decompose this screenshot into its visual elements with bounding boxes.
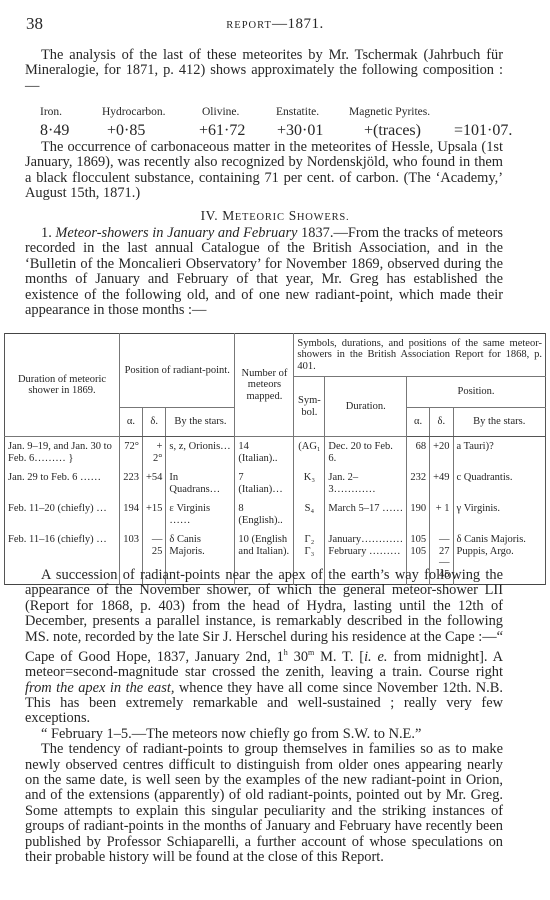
cell-number-mapped: 8 (English).. bbox=[235, 499, 294, 530]
paragraph-text: A succession of radiant-points near the … bbox=[25, 568, 503, 727]
ba-stars-1: δ Canis Majoris. bbox=[457, 534, 543, 546]
section-heading: IV. METEORIC SHOWERS. bbox=[0, 208, 550, 224]
paragraph-tschermak-analysis: The analysis of the last of these meteor… bbox=[25, 48, 503, 94]
cell-by-stars: s, z, Orionis… bbox=[166, 437, 235, 469]
cell-number-mapped: 14 (Italian).. bbox=[235, 437, 294, 469]
italic-title: Meteor-showers in January and February bbox=[55, 225, 297, 241]
cell-number-mapped: 7 (Italian)… bbox=[235, 468, 294, 499]
section-numeral: IV. bbox=[201, 208, 219, 223]
label-hydrocarbon: Hydrocarbon. bbox=[102, 106, 202, 122]
cell-ba-by-stars: a Tauri)? bbox=[453, 437, 546, 469]
meteor-shower-table: Duration of meteoric shower in 1869. Pos… bbox=[4, 333, 546, 585]
header-ba-duration: Duration. bbox=[325, 377, 407, 437]
composition-values: 8·49 +0·85 +61·72 +30·01 +(traces) =101·… bbox=[40, 122, 520, 140]
cell-duration: Jan. 29 to Feb. 6 …… bbox=[5, 468, 120, 499]
paragraph-herschel-note: A succession of radiant-points near the … bbox=[25, 568, 503, 866]
section-title-smallcaps-1: ETEORIC bbox=[235, 212, 285, 223]
label-olivine: Olivine. bbox=[202, 106, 276, 122]
cell-by-stars: In Quadrans… bbox=[166, 468, 235, 499]
cell-duration: Feb. 11–20 (chiefly) … bbox=[5, 499, 120, 530]
ba-delta-1: —27 bbox=[433, 534, 449, 557]
symbol-2: Γ₃ bbox=[297, 546, 321, 558]
section-title-smallcaps-2: HOWERS. bbox=[297, 212, 350, 223]
ba-duration-2: February ……… bbox=[328, 546, 403, 558]
header-position: Position of radiant-point. bbox=[120, 334, 235, 408]
running-title-year: —1871. bbox=[272, 16, 324, 32]
header-symbol: Sym-bol. bbox=[294, 377, 325, 437]
paragraph-carbonaceous-matter: The occurrence of carbonaceous matter in… bbox=[25, 140, 503, 202]
cell-ba-alpha: 68 bbox=[407, 437, 430, 469]
cell-delta: + 2° bbox=[143, 437, 166, 469]
paragraph-text: 1. Meteor-showers in January and Februar… bbox=[25, 226, 503, 318]
composition-table: Iron. Hydrocarbon. Olivine. Enstatite. M… bbox=[40, 106, 520, 140]
document-page: 38 REPORT—1871. The analysis of the last… bbox=[0, 0, 550, 900]
ba-duration-1: January………… bbox=[328, 534, 403, 546]
header-number-mapped: Number of meteors mapped. bbox=[235, 334, 294, 437]
ba-alpha-2: 105 bbox=[410, 546, 426, 558]
label-iron: Iron. bbox=[40, 106, 102, 122]
cell-symbol: (AG₁ bbox=[294, 437, 325, 469]
ba-stars-2: Puppis, Argo. bbox=[457, 546, 543, 558]
cell-ba-by-stars: c Quadrantis. bbox=[453, 468, 546, 499]
table-row: Jan. 9–19, and Jan. 30 to Feb. 6……… } 72… bbox=[5, 437, 546, 469]
paragraph-february-note: “ February 1–5.—The meteors now chiefly … bbox=[25, 727, 503, 742]
section-title-initial-2: S bbox=[289, 208, 297, 223]
value-iron: 8·49 bbox=[40, 122, 107, 140]
cell-ba-alpha: 190 bbox=[407, 499, 430, 530]
cell-by-stars: ε Virginis …… bbox=[166, 499, 235, 530]
paragraph-meteor-showers-1837: 1. Meteor-showers in January and Februar… bbox=[25, 226, 503, 318]
cell-delta: +15 bbox=[143, 499, 166, 530]
section-title-text: METEORIC SHOWERS. bbox=[222, 208, 349, 223]
header-ba-position: Position. bbox=[407, 377, 546, 408]
section-title-initial-1: M bbox=[222, 208, 235, 223]
header-delta: δ. bbox=[143, 408, 166, 437]
composition-labels: Iron. Hydrocarbon. Olivine. Enstatite. M… bbox=[40, 106, 520, 122]
cell-ba-delta: +20 bbox=[430, 437, 453, 469]
italic-ie: i. e. bbox=[364, 649, 387, 665]
cell-alpha: 72° bbox=[120, 437, 143, 469]
running-title-smallcaps: REPORT bbox=[226, 20, 272, 31]
cell-ba-duration: Jan. 2–3………… bbox=[325, 468, 407, 499]
symbol-1: Γ₂ bbox=[297, 534, 321, 546]
cell-symbol: K₃ bbox=[294, 468, 325, 499]
text-run: M. T. [ bbox=[314, 649, 364, 665]
table-row: Feb. 11–20 (chiefly) … 194 +15 ε Virgini… bbox=[5, 499, 546, 530]
cell-ba-duration: Dec. 20 to Feb. 6. bbox=[325, 437, 407, 469]
item-number: 1. bbox=[41, 225, 52, 241]
value-olivine: +61·72 bbox=[199, 122, 277, 140]
cell-alpha: 194 bbox=[120, 499, 143, 530]
ba-alpha-1: 105 bbox=[410, 534, 426, 546]
header-alpha: α. bbox=[120, 408, 143, 437]
value-magnetic-pyrites: +(traces) bbox=[364, 122, 454, 140]
table-row: Jan. 29 to Feb. 6 …… 223 +54 In Quadrans… bbox=[5, 468, 546, 499]
label-enstatite: Enstatite. bbox=[276, 106, 349, 122]
value-hydrocarbon: +0·85 bbox=[107, 122, 199, 140]
value-total: =101·07. bbox=[454, 122, 512, 140]
italic-course: from the apex in the east, bbox=[25, 680, 174, 696]
paragraph-text: The occurrence of carbonaceous matter in… bbox=[25, 140, 503, 202]
header-ba-by-stars: By the stars. bbox=[453, 408, 546, 437]
label-magnetic-pyrites: Magnetic Pyrites. bbox=[349, 106, 469, 122]
running-head: 38 REPORT—1871. bbox=[26, 14, 524, 36]
header-ba-group: Symbols, durations, and positions of the… bbox=[294, 334, 546, 377]
cell-delta: +54 bbox=[143, 468, 166, 499]
cell-duration: Jan. 9–19, and Jan. 30 to Feb. 6……… } bbox=[5, 437, 120, 469]
value-enstatite: +30·01 bbox=[277, 122, 364, 140]
header-ba-alpha: α. bbox=[407, 408, 430, 437]
cell-ba-delta: + 1 bbox=[430, 499, 453, 530]
paragraph-text: The analysis of the last of these meteor… bbox=[25, 48, 503, 94]
header-ba-delta: δ. bbox=[430, 408, 453, 437]
cell-alpha: 223 bbox=[120, 468, 143, 499]
running-title: REPORT—1871. bbox=[26, 16, 524, 33]
paragraph-radiant-tendency: The tendency of radiant-points to group … bbox=[25, 742, 503, 865]
meteor-shower-table-wrapper: Duration of meteoric shower in 1869. Pos… bbox=[4, 333, 546, 585]
text-run: 30 bbox=[288, 649, 308, 665]
cell-ba-by-stars: γ Virginis. bbox=[453, 499, 546, 530]
header-duration: Duration of meteoric shower in 1869. bbox=[5, 334, 120, 437]
cell-symbol: S₄ bbox=[294, 499, 325, 530]
cell-ba-alpha: 232 bbox=[407, 468, 430, 499]
header-by-stars: By the stars. bbox=[166, 408, 235, 437]
cell-ba-delta: +49 bbox=[430, 468, 453, 499]
cell-ba-duration: March 5–17 …… bbox=[325, 499, 407, 530]
